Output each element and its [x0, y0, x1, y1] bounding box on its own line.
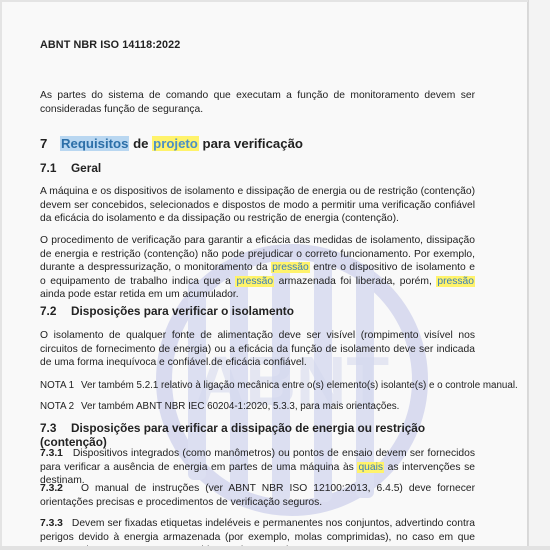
- note-label: NOTA 1: [40, 379, 81, 393]
- standard-header: ABNT NBR ISO 14118:2022: [40, 39, 180, 53]
- window-bottom-edge: [0, 546, 550, 550]
- paragraph-7-1-a: A máquina e os dispositivos de isolament…: [40, 185, 475, 226]
- section-title: Geral: [71, 161, 101, 175]
- search-highlight[interactable]: quais: [357, 462, 384, 473]
- window-edge: [528, 0, 550, 550]
- heading-text: para verificação: [203, 136, 303, 151]
- clause-7-3-3: 7.3.3 Devem ser fixadas etiquetas indelé…: [40, 517, 475, 546]
- section-7-2-heading: 7.2Disposições para verificar o isolamen…: [40, 305, 294, 319]
- intro-paragraph: As partes do sistema de comando que exec…: [40, 89, 475, 116]
- search-highlight[interactable]: pressão: [235, 276, 274, 287]
- paragraph-7-1-b: O procedimento de verificação para garan…: [40, 234, 475, 302]
- section-title: Disposições para verificar o isolamento: [71, 304, 294, 318]
- document-page: ABNT ABNT NBR ISO 14118:2022 As partes d…: [2, 2, 528, 546]
- section-7-3-heading: 7.3Disposições para verificar a dissipaç…: [40, 422, 475, 449]
- heading-text: de: [133, 136, 148, 151]
- section-number: 7.3: [40, 422, 71, 436]
- section-7-1-heading: 7.1Geral: [40, 162, 101, 176]
- clause-number: 7.3.2: [40, 483, 63, 494]
- clause-7-3-2: 7.3.2 O manual de instruções (ver ABNT N…: [40, 482, 475, 509]
- search-highlight[interactable]: pressão: [436, 276, 475, 287]
- text: armazenada foi liberada, porém,: [274, 276, 436, 287]
- selected-text[interactable]: Requisitos: [60, 136, 129, 151]
- paragraph-7-2: O isolamento de qualquer fonte de alimen…: [40, 329, 475, 370]
- section-number: 7: [40, 137, 60, 151]
- search-highlight[interactable]: pressão: [271, 262, 310, 273]
- text: Devem ser fixadas etiquetas indeléveis e…: [40, 518, 475, 546]
- section-7-heading: 7Requisitos de projeto para verificação: [40, 137, 303, 151]
- note-label: NOTA 2: [40, 400, 81, 414]
- text: ainda pode estar retida em um acumulador…: [40, 289, 239, 300]
- search-highlight[interactable]: projeto: [152, 136, 199, 151]
- note-2: NOTA 2Ver também ABNT NBR IEC 60204-1:20…: [40, 400, 399, 414]
- clause-number: 7.3.3: [40, 518, 63, 529]
- note-1: NOTA 1Ver também 5.2.1 relativo à ligaçã…: [40, 379, 518, 393]
- text: O manual de instruções (ver ABNT NBR ISO…: [40, 483, 475, 508]
- section-number: 7.1: [40, 162, 71, 176]
- clause-number: 7.3.1: [40, 448, 63, 459]
- note-text: Ver também ABNT NBR IEC 60204-1:2020, 5.…: [81, 401, 399, 412]
- section-title: Disposições para verificar a dissipação …: [40, 421, 425, 449]
- note-text: Ver também 5.2.1 relativo à ligação mecâ…: [81, 380, 518, 391]
- section-number: 7.2: [40, 305, 71, 319]
